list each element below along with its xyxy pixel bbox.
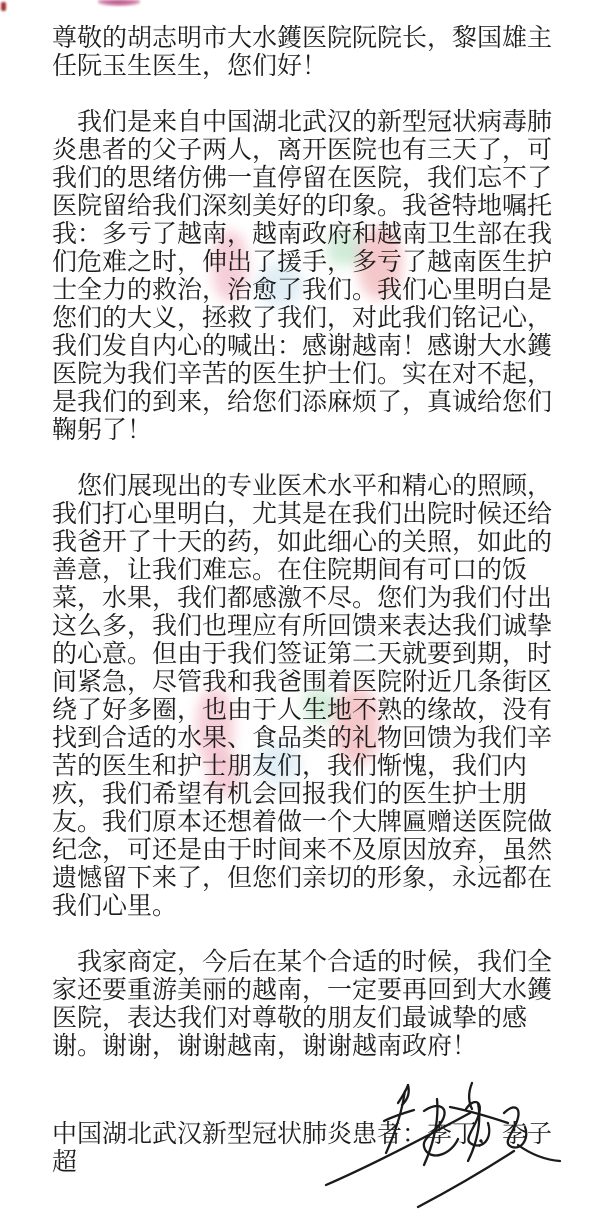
top-pink-smudge-artifact — [98, 0, 140, 6]
letter-page: 尊敬的胡志明市大水鑊医院阮院长，黎国雄主 任阮玉生医生，您们好！ 我们是来自中国… — [0, 0, 609, 1209]
salutation: 尊敬的胡志明市大水鑊医院阮院长，黎国雄主 任阮玉生医生，您们好！ — [52, 24, 564, 80]
top-left-red-artifact — [1, 2, 6, 11]
paragraph-care-and-regret: 您们展现出的专业医术水平和精心的照顾， 我们打心里明白，尤其是在我们出院时候还给… — [52, 472, 564, 920]
handwritten-signature-ink — [320, 1075, 609, 1209]
paragraph-introduction-thanks: 我们是来自中国湖北武汉的新型冠状病毒肺 炎患者的父子两人，离开医院也有三天了，可… — [52, 108, 564, 444]
letter-body: 尊敬的胡志明市大水鑊医院阮院长，黎国雄主 任阮玉生医生，您们好！ 我们是来自中国… — [52, 24, 564, 1176]
paragraph-promise-to-return: 我家商定，今后在某个合适的时候，我们全 家还要重游美丽的越南，一定要再回到大水鑊… — [52, 948, 564, 1060]
